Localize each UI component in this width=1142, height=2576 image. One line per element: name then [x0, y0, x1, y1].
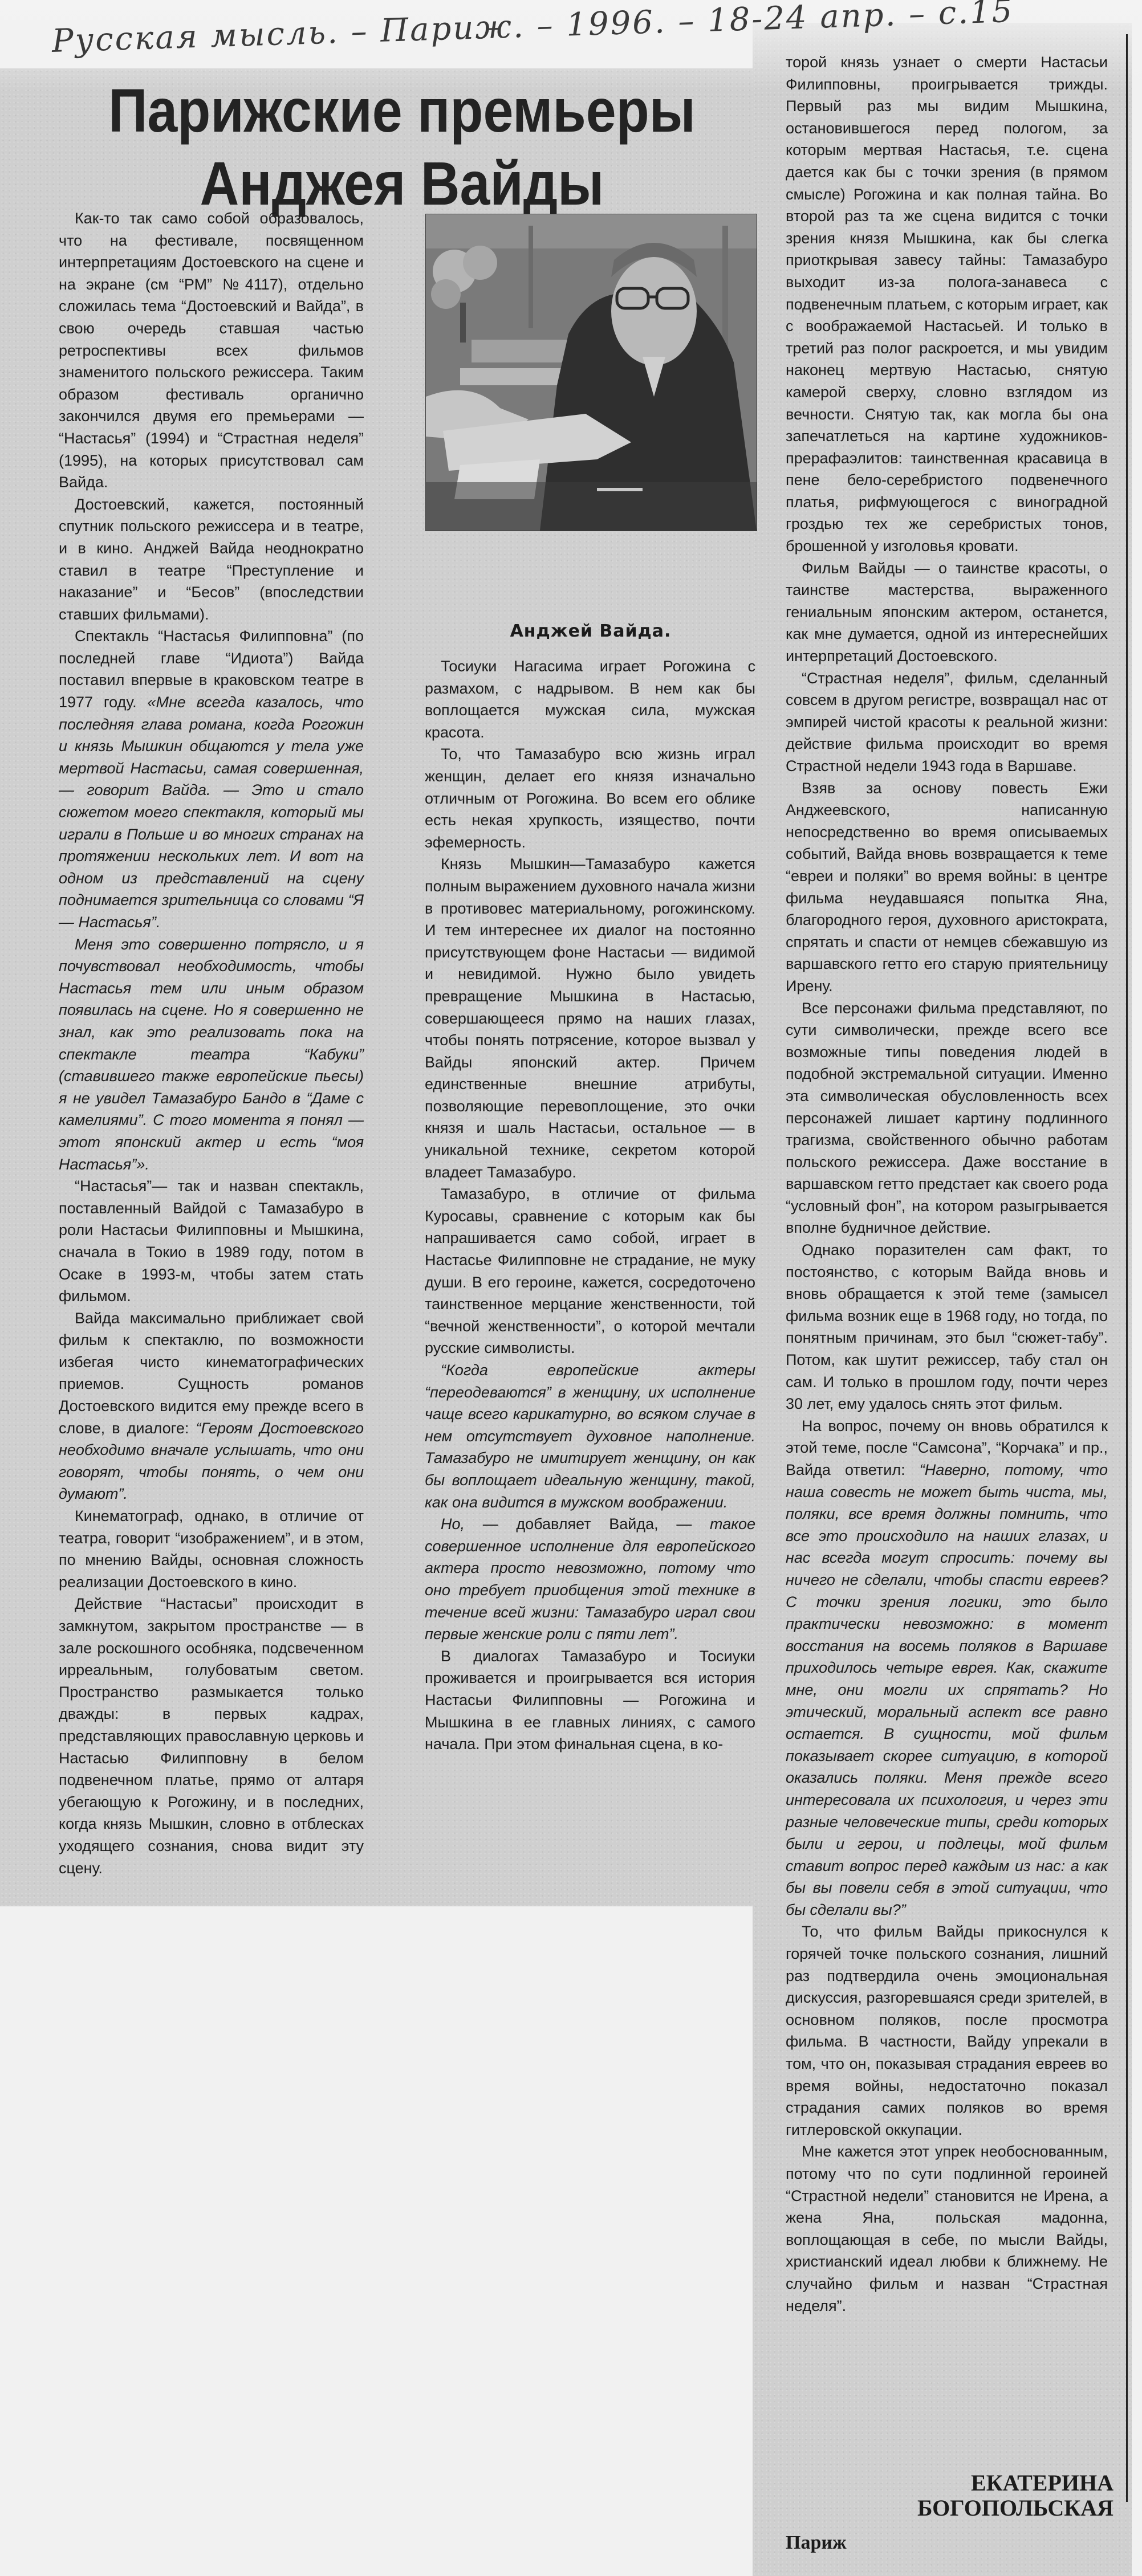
- dateline-place: Париж: [786, 2532, 847, 2554]
- paragraph-text: Князь Мышкин—Тамазабуро кажется полным в…: [425, 855, 755, 1180]
- article-paragraph: Но, — добавляет Вайда, — такое совершенн…: [425, 1513, 755, 1645]
- author-byline: ЕКАТЕРИНА БОГОПОЛЬСКАЯ: [917, 2471, 1113, 2521]
- author-first-name: ЕКАТЕРИНА: [917, 2471, 1113, 2496]
- article-column-right: торой князь узнает о смерти Настасьи Фил…: [786, 51, 1108, 2317]
- article-paragraph: То, что фильм Вайды прикоснулся к горяче…: [786, 1921, 1108, 2141]
- article-paragraph: “Настасья”— так и назван спектакль, пост…: [59, 1175, 364, 1307]
- paragraph-quote: «Мне всегда казалось, что последняя глав…: [59, 694, 364, 931]
- paragraph-text: Фильм Вайды — о таинстве красоты, о таин…: [786, 560, 1108, 665]
- paragraph-text: Как-то так само собой образовалось, что …: [59, 210, 364, 491]
- article-paragraph: Кинематограф, однако, в отличие от театр…: [59, 1505, 364, 1593]
- article-column-left: Как-то так само собой образовалось, что …: [59, 207, 364, 1879]
- article-paragraph: Спектакль “Настасья Филипповна” (по посл…: [59, 625, 364, 933]
- article-paragraph: На вопрос, почему он вновь обратился к э…: [786, 1415, 1108, 1921]
- article-paragraph: То, что Тамазабуро всю жизнь играл женщи…: [425, 743, 755, 853]
- paragraph-quote: такое совершенное исполнение для европей…: [425, 1515, 755, 1642]
- paragraph-text: Достоевский, кажется, постоянный спутник…: [59, 496, 364, 623]
- article-paragraph: В диалогах Тамазабуро и Тосиуки проживае…: [425, 1645, 755, 1755]
- paragraph-text: Действие “Настасьи” происходит в замкнут…: [59, 1595, 364, 1876]
- paragraph-text: В диалогах Тамазабуро и Тосиуки проживае…: [425, 1648, 755, 1752]
- column-rule: [1126, 34, 1128, 2502]
- article-paragraph: Достоевский, кажется, постоянный спутник…: [59, 494, 364, 626]
- paragraph-text: Тамазабуро, в отличие от фильма Куросавы…: [425, 1185, 755, 1356]
- paragraph-text: То, что фильм Вайды прикоснулся к горяче…: [786, 1923, 1108, 2138]
- paragraph-text: Вайда максимально приближает свой фильм …: [59, 1310, 364, 1437]
- headline-line-1: Парижские премьеры: [99, 74, 706, 147]
- headline: Парижские премьеры Анджея Вайды: [99, 74, 706, 220]
- paragraph-text: Однако поразителен сам факт, то постоянс…: [786, 1241, 1108, 1412]
- article-paragraph: “Когда европейские актеры “переодеваются…: [425, 1359, 755, 1513]
- paragraph-text: Кинематограф, однако, в отличие от театр…: [59, 1507, 364, 1591]
- article-paragraph: Меня это совершенно потрясло, и я почувс…: [59, 934, 364, 1176]
- article-paragraph: торой князь узнает о смерти Настасьи Фил…: [786, 51, 1108, 557]
- article-paragraph: Тамазабуро, в отличие от фильма Куросавы…: [425, 1183, 755, 1359]
- paragraph-text: “Страстная неделя”, фильм, сделанный сов…: [786, 670, 1108, 775]
- paragraph-text: То, что Тамазабуро всю жизнь играл женщи…: [425, 745, 755, 850]
- article-paragraph: “Страстная неделя”, фильм, сделанный сов…: [786, 667, 1108, 777]
- article-column-middle: Тосиуки Нагасима играет Рогожина с разма…: [425, 655, 755, 1755]
- article-paragraph: Взяв за основу повесть Ежи Анджеевского,…: [786, 777, 1108, 997]
- author-last-name: БОГОПОЛЬСКАЯ: [917, 2496, 1113, 2521]
- article-paragraph: Мне кажется этот упрек необоснованным, п…: [786, 2141, 1108, 2317]
- paragraph-text: Все персонажи фильма представляют, по су…: [786, 1000, 1108, 1237]
- paragraph-text: Тосиуки Нагасима играет Рогожина с разма…: [425, 658, 755, 741]
- paragraph-text: Мне кажется этот упрек необоснованным, п…: [786, 2143, 1108, 2314]
- article-paragraph: Действие “Настасьи” происходит в замкнут…: [59, 1593, 364, 1879]
- paragraph-quote: “Когда европейские актеры “переодеваются…: [425, 1362, 755, 1511]
- article-paragraph: Вайда максимально приближает свой фильм …: [59, 1307, 364, 1505]
- paragraph-quote: “Наверно, потому, что наша совесть не мо…: [786, 1461, 1108, 1918]
- article-paragraph: Все персонажи фильма представляют, по су…: [786, 997, 1108, 1240]
- paragraph-text: — добавляет Вайда, —: [465, 1515, 710, 1532]
- photo-graphic: [426, 214, 757, 531]
- article-paragraph: Как-то так само собой образовалось, что …: [59, 207, 364, 494]
- photo-caption: Анджей Вайда.: [425, 621, 756, 641]
- paragraph-text: торой князь узнает о смерти Настасьи Фил…: [786, 54, 1108, 555]
- paragraph-text: “Настасья”— так и назван спектакль, пост…: [59, 1177, 364, 1305]
- article-paragraph: Однако поразителен сам факт, то постоянс…: [786, 1239, 1108, 1415]
- article-paragraph: Князь Мышкин—Тамазабуро кажется полным в…: [425, 853, 755, 1183]
- article-paragraph: Фильм Вайды — о таинстве красоты, о таин…: [786, 557, 1108, 667]
- article-paragraph: Тосиуки Нагасима играет Рогожина с разма…: [425, 655, 755, 743]
- paragraph-quote: Меня это совершенно потрясло, и я почувс…: [59, 936, 364, 1173]
- paragraph-text: Взяв за основу повесть Ежи Анджеевского,…: [786, 780, 1108, 994]
- portrait-photo-icon: [425, 214, 757, 531]
- paragraph-quote: Но,: [441, 1515, 465, 1532]
